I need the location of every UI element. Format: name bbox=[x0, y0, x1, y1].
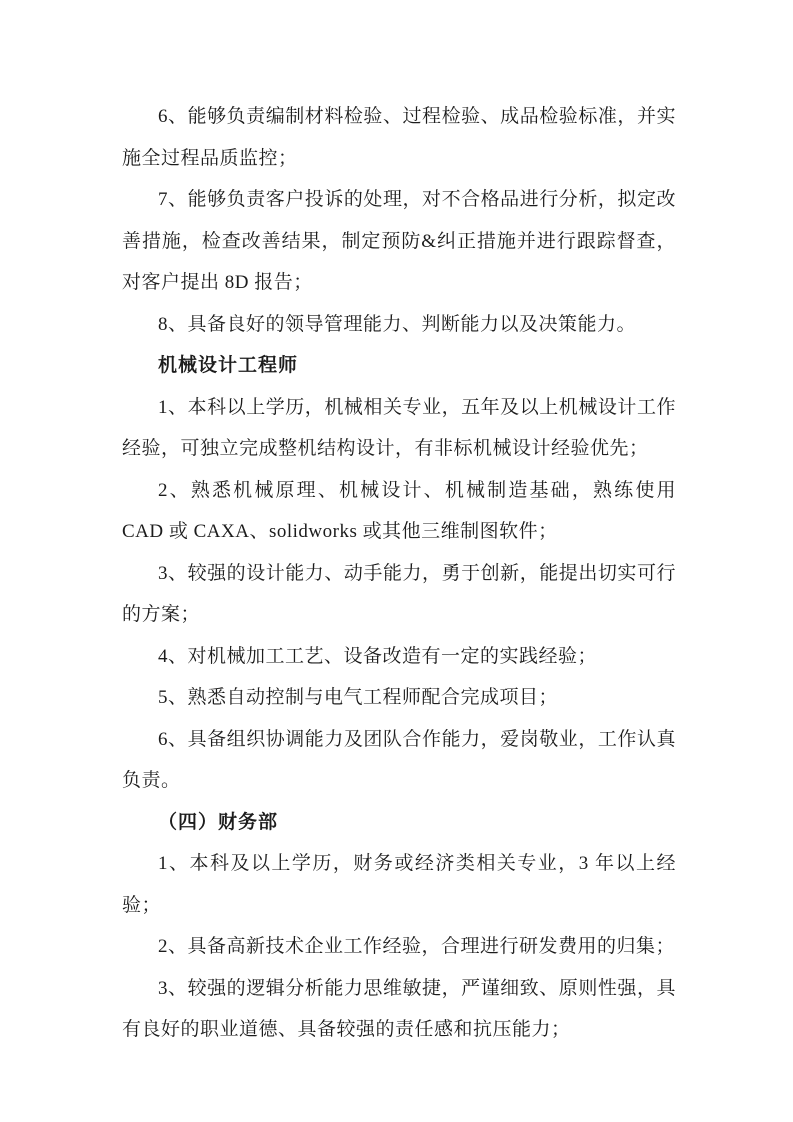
paragraph-item-8-leadership: 8、具备良好的领导管理能力、判断能力以及决策能力。 bbox=[122, 304, 676, 346]
paragraph-item-2-cad-skills: 2、熟悉机械原理、机械设计、机械制造基础，熟练使用 CAD 或 CAXA、sol… bbox=[122, 470, 676, 553]
paragraph-item-1-finance-education: 1、本科及以上学历，财务或经济类相关专业，3 年以上经验； bbox=[122, 843, 676, 926]
document-page: 6、能够负责编制材料检验、过程检验、成品检验标准，并实施全过程品质监控； 7、能… bbox=[0, 0, 793, 1122]
paragraph-item-3-logic-ethics: 3、较强的逻辑分析能力思维敏捷，严谨细致、原则性强，具有良好的职业道德、具备较强… bbox=[122, 968, 676, 1051]
section-heading-finance-department: （四）财务部 bbox=[122, 802, 676, 844]
paragraph-item-6-teamwork: 6、具备组织协调能力及团队合作能力，爱岗敬业，工作认真负责。 bbox=[122, 719, 676, 802]
paragraph-item-2-hightech-rd: 2、具备高新技术企业工作经验，合理进行研发费用的归集； bbox=[122, 926, 676, 968]
document-body: 6、能够负责编制材料检验、过程检验、成品检验标准，并实施全过程品质监控； 7、能… bbox=[122, 96, 676, 1051]
paragraph-item-1-education: 1、本科以上学历，机械相关专业，五年及以上机械设计工作经验，可独立完成整机结构设… bbox=[122, 387, 676, 470]
paragraph-item-7-complaints: 7、能够负责客户投诉的处理，对不合格品进行分析，拟定改善措施，检查改善结果，制定… bbox=[122, 179, 676, 304]
section-heading-mechanical-design-engineer: 机械设计工程师 bbox=[122, 345, 676, 387]
paragraph-item-5-automation: 5、熟悉自动控制与电气工程师配合完成项目； bbox=[122, 677, 676, 719]
paragraph-item-6-quality: 6、能够负责编制材料检验、过程检验、成品检验标准，并实施全过程品质监控； bbox=[122, 96, 676, 179]
paragraph-item-3-design-ability: 3、较强的设计能力、动手能力，勇于创新，能提出切实可行的方案； bbox=[122, 553, 676, 636]
paragraph-item-4-machining: 4、对机械加工工艺、设备改造有一定的实践经验； bbox=[122, 636, 676, 678]
